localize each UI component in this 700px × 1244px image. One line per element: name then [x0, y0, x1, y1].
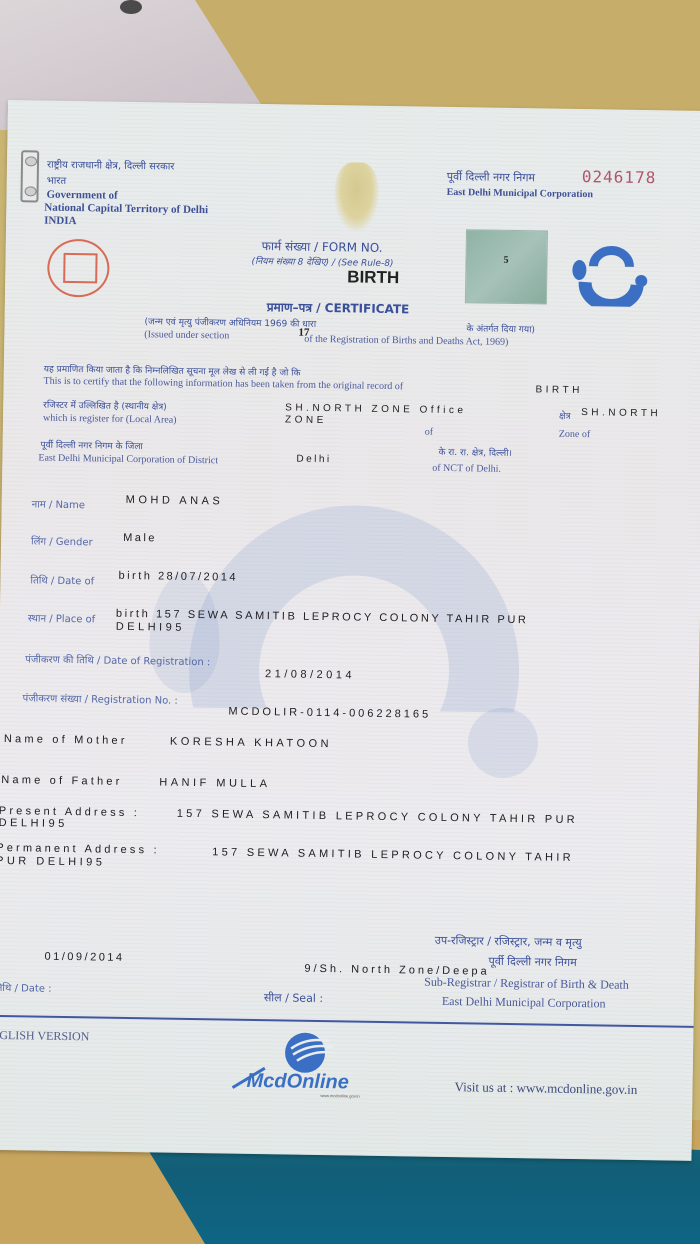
form-no-label: फार्म संख्या / FORM NO. — [262, 237, 383, 256]
reg-no-value: MCDOLIR-0114-006228165 — [228, 706, 431, 721]
permanent-address-line1: 157 SEWA SAMITIB LEPROCY COLONY TAHIR — [212, 846, 574, 864]
local-area-line2: ZONE — [285, 414, 327, 426]
district-hindi: पूर्वी दिल्ली नगर निगम के जिला — [40, 438, 142, 453]
present-address-line1: 157 SEWA SAMITIB LEPROCY COLONY TAHIR PU… — [177, 808, 578, 826]
govt-en-line1: Government of — [46, 189, 117, 202]
corp-hindi: पूर्वी दिल्ली नगर निगम — [447, 169, 535, 185]
mother-label: Name of Mother — [4, 733, 128, 747]
zone-of-label: Zone of — [559, 429, 591, 440]
name-label: नाम / Name — [32, 496, 86, 511]
name-value: MOHD ANAS — [126, 494, 224, 508]
issued-en-left: (Issued under section — [144, 329, 229, 341]
record-type: BIRTH — [535, 384, 582, 396]
issued-hindi-left: (जन्म एवं मृत्यु पंजीकरण अधिनियम 1969 की… — [144, 314, 316, 330]
zone-value: SH.NORTH — [581, 407, 661, 419]
svg-text:www.mcdonline.gov.in: www.mcdonline.gov.in — [320, 1093, 359, 1099]
pob-value-line2: DELHI95 — [116, 621, 185, 634]
register-en: which is register for (Local Area) — [43, 413, 177, 426]
father-label: Name of Father — [1, 774, 122, 788]
svg-text:McdOnline: McdOnline — [246, 1070, 349, 1094]
father-value: HANIF MULLA — [159, 776, 270, 790]
gender-value: Male — [123, 532, 157, 545]
dob-label: तिथि / Date of — [30, 572, 94, 587]
delhi-govt-seal-icon — [47, 239, 110, 298]
form-type: BIRTH — [347, 267, 399, 288]
issued-hindi-right: के अंतर्गत दिया गया) — [466, 321, 535, 335]
seal-label: सील / Seal : — [264, 990, 323, 1006]
certify-en: This is to certify that the following in… — [44, 376, 404, 393]
reg-date-value: 21/08/2014 — [265, 668, 355, 681]
version-label: ENGLISH VERSION — [0, 1028, 90, 1045]
nct-en: of NCT of Delhi. — [432, 463, 501, 475]
background-spot — [120, 0, 142, 14]
registrar-corp: East Delhi Municipal Corporation — [442, 994, 606, 1012]
registrar-hindi-1: उप-रजिस्ट्रार / रजिस्ट्रार, जन्म व मृत्य… — [435, 933, 582, 950]
issued-en-right: of the Registration of Births and Deaths… — [304, 334, 508, 348]
country-hindi: भारत — [47, 173, 67, 187]
registrar-hindi-2: पूर्वी दिल्ली नगर निगम — [488, 954, 576, 970]
corp-en: East Delhi Municipal Corporation — [447, 187, 594, 200]
mother-value: KORESHA KHATOON — [170, 736, 332, 751]
birth-certificate: राष्ट्रीय राजधानी क्षेत्र, दिल्ली सरकार … — [0, 100, 700, 1161]
watermark-dot — [467, 707, 538, 778]
of-label: of — [425, 427, 434, 438]
register-hindi: रजिस्टर में उल्लिखित है (स्थानीय क्षेत्र… — [43, 398, 167, 413]
footer-divider — [0, 1015, 694, 1028]
permanent-address-label: Permanent Address : — [0, 842, 160, 857]
govt-hindi: राष्ट्रीय राजधानी क्षेत्र, दिल्ली सरकार — [47, 157, 175, 173]
nct-hindi: के रा. रा. क्षेत्र, दिल्ली। — [438, 445, 512, 459]
district-en: East Delhi Municipal Corporation of Dist… — [38, 453, 218, 467]
govt-en-line2: National Capital Territory of Delhi — [44, 202, 208, 217]
pob-label: स्थान / Place of — [28, 610, 96, 625]
dob-value: birth 28/07/2014 — [118, 570, 238, 584]
serial-number: 0246178 — [582, 167, 657, 187]
reg-no-label: पंजीकरण संख्या / Registration No. : — [23, 690, 178, 706]
registrar-en: Sub-Registrar / Registrar of Birth & Dea… — [424, 975, 629, 993]
mcdonline-logo-icon: McdOnline www.mcdonline.gov.in — [224, 1030, 385, 1103]
binder-clip-icon — [20, 150, 39, 202]
revenue-stamp — [465, 229, 548, 304]
reg-date-label: पंजीकरण की तिथि / Date of Registration : — [25, 651, 210, 668]
present-address-line2: DELHI95 — [0, 817, 68, 830]
visit-link[interactable]: Visit us at : www.mcdonline.gov.in — [454, 1079, 637, 1098]
district-value: Delhi — [296, 454, 331, 466]
certificate-title: प्रमाण–पत्र / CERTIFICATE — [267, 298, 410, 317]
permanent-address-line2: PUR DELHI95 — [0, 855, 106, 869]
issue-date: 01/09/2014 — [44, 951, 124, 964]
govt-en-line3: INDIA — [44, 215, 77, 228]
stamp-value: 5 — [503, 255, 508, 266]
date-label: तिथि / Date : — [0, 980, 52, 995]
gender-label: लिंग / Gender — [31, 533, 93, 548]
national-emblem-icon — [334, 162, 379, 231]
mcd-logo-icon — [571, 244, 650, 307]
zone-hindi: क्षेत्र — [559, 409, 571, 422]
